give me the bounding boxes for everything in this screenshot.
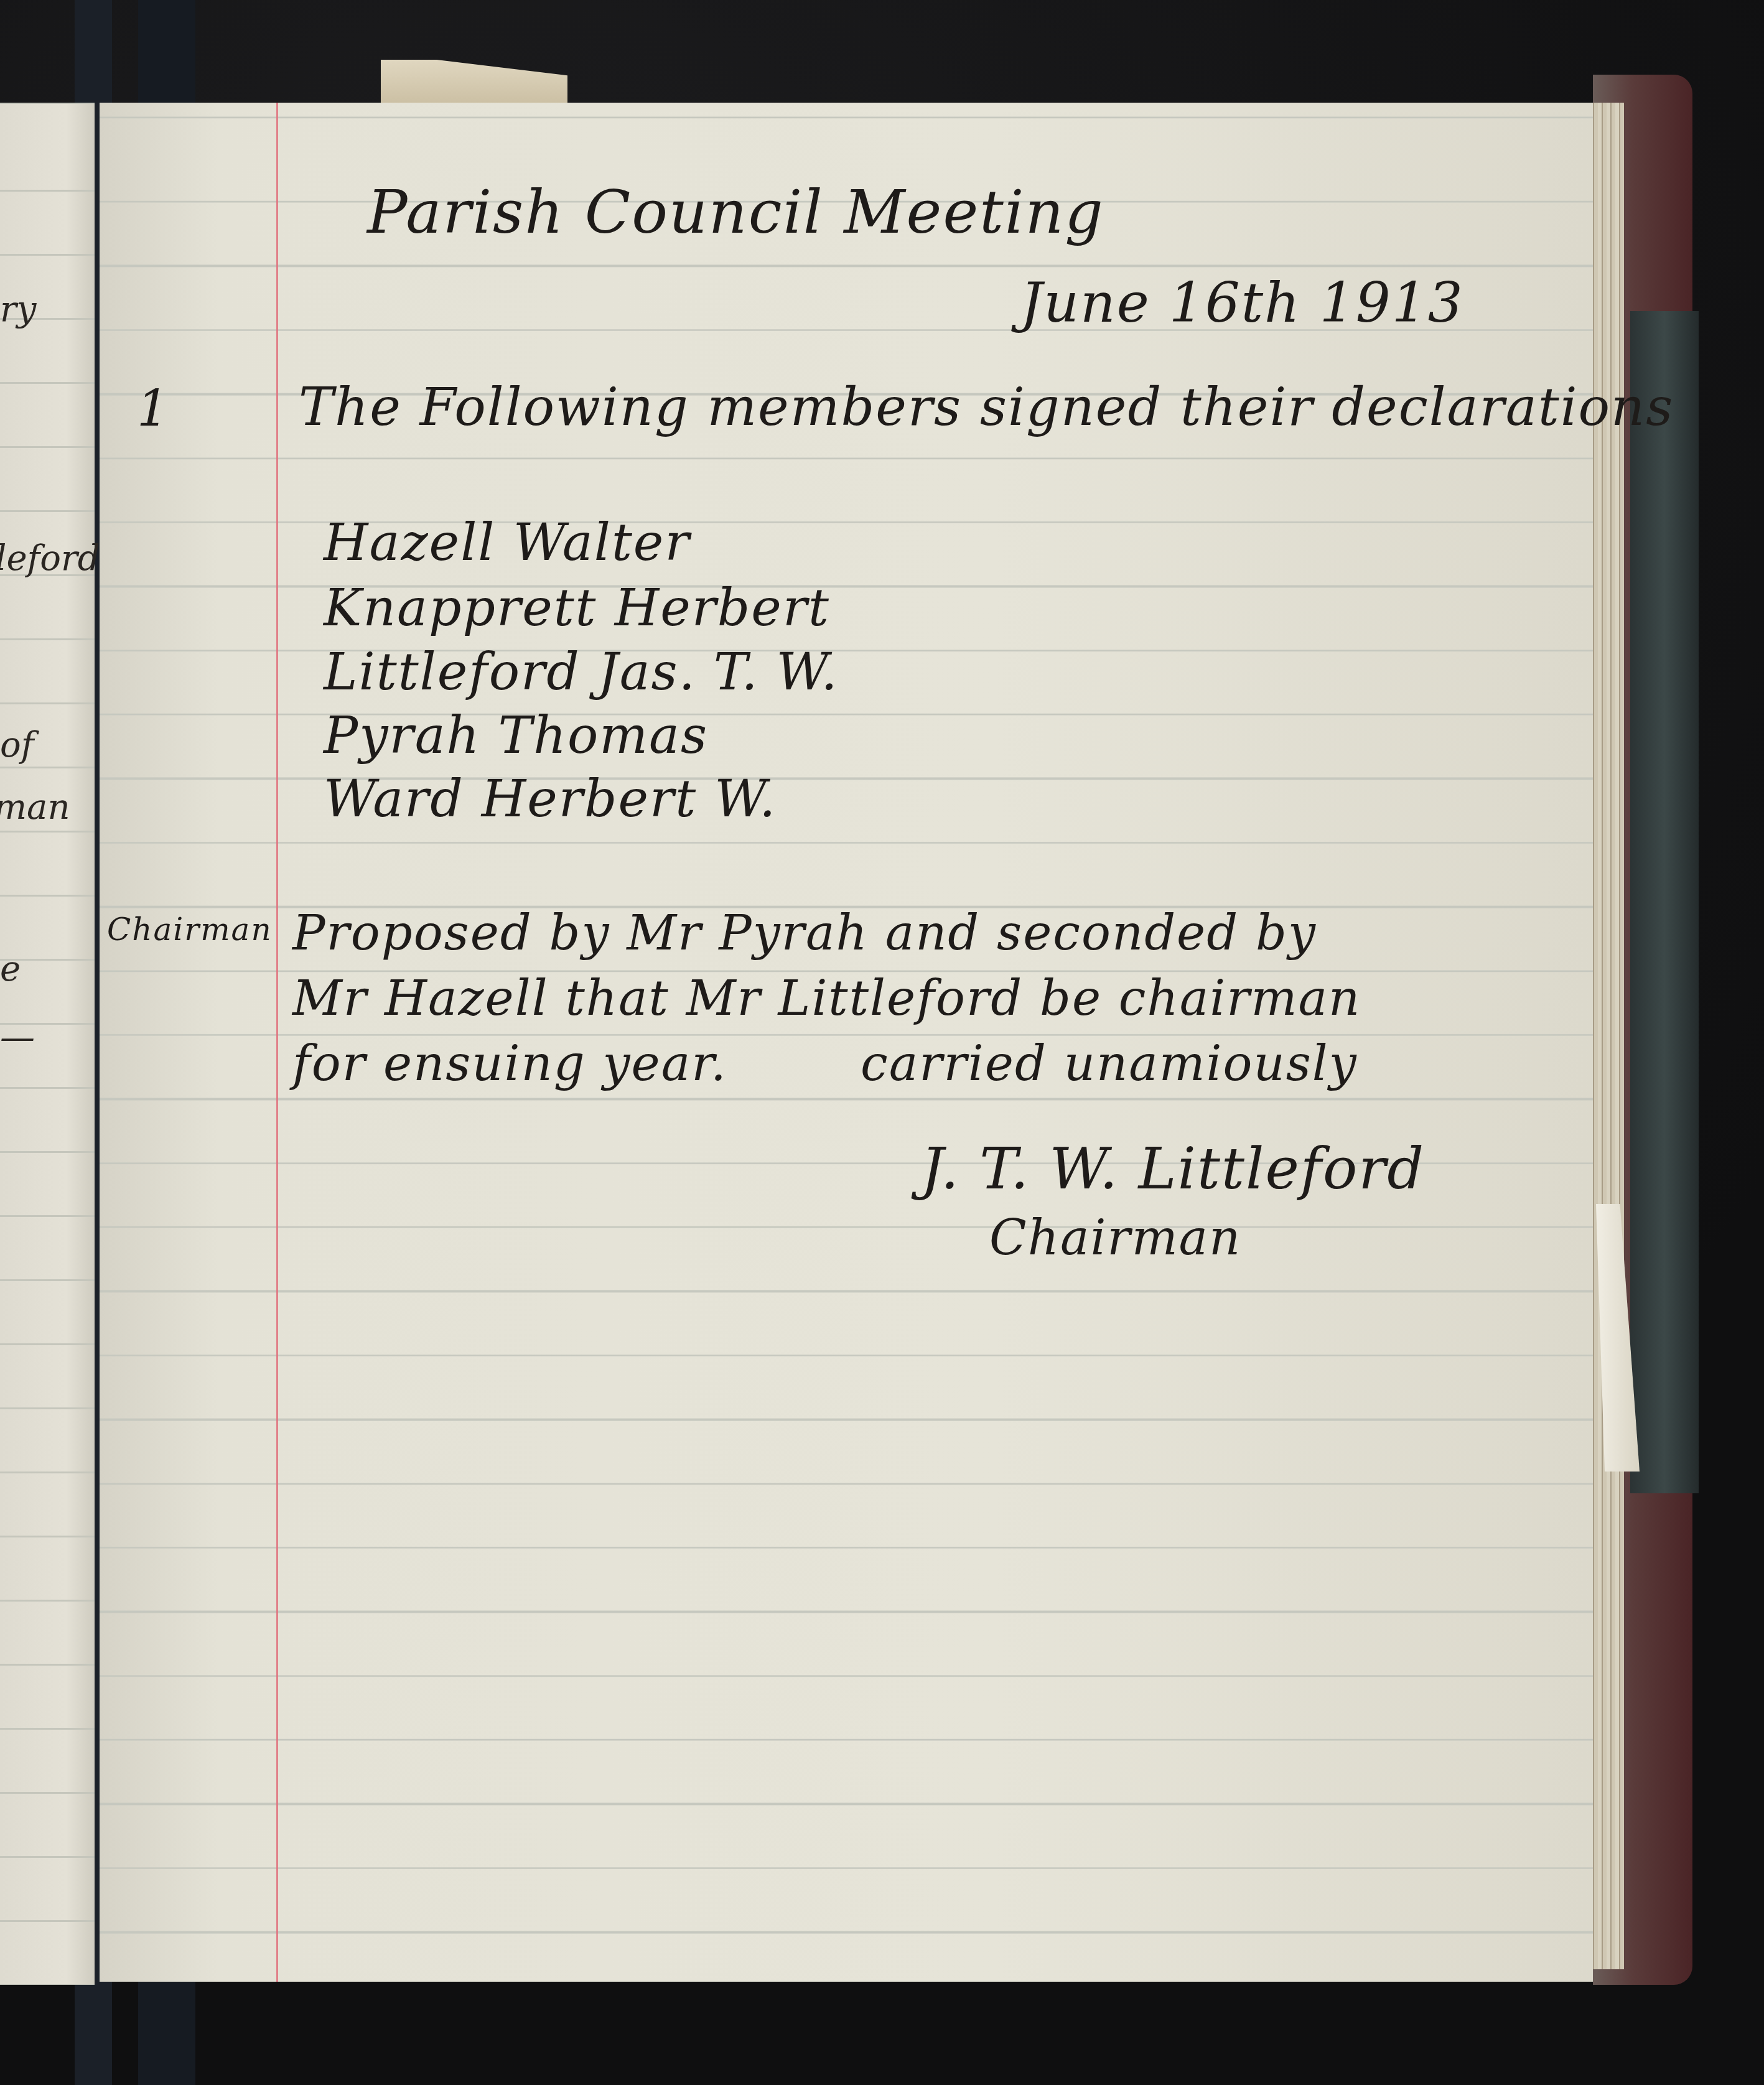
signature-role: Chairman: [989, 1210, 1241, 1266]
left-page-fragment: of: [0, 725, 34, 765]
member-name: Knapprett Herbert: [324, 579, 830, 638]
member-name: Hazell Walter: [324, 513, 691, 572]
left-page-fragment: ry: [0, 289, 36, 330]
signature: J. T. W. Littleford: [921, 1136, 1425, 1202]
left-page-fragment: —: [0, 1017, 35, 1058]
left-page-fragment: man: [0, 787, 70, 828]
left-page-fragment: e: [0, 949, 21, 989]
member-name: Pyrah Thomas: [324, 706, 708, 765]
member-name: Ward Herbert W.: [324, 770, 777, 829]
meeting-date: June 16th 1913: [1020, 271, 1464, 335]
spine-cloth: [1630, 311, 1699, 1493]
member-name: Littleford Jas. T. W.: [324, 643, 839, 702]
minute-line: Proposed by Mr Pyrah and seconded by: [292, 905, 1317, 961]
item-margin-label: 1: [137, 380, 170, 437]
minute-line: Mr Hazell that Mr Littleford be chairman: [292, 971, 1361, 1027]
minute-book-page: Parish Council Meeting June 16th 1913 1 …: [100, 103, 1593, 1982]
page-title: Parish Council Meeting: [367, 177, 1104, 247]
red-margin-line: [276, 103, 278, 1982]
minute-line: for ensuing year. carried unamiously: [292, 1036, 1358, 1092]
item-text: The Following members signed their decla…: [299, 376, 1674, 437]
left-page: ry tleford of man e —: [0, 103, 95, 1985]
left-page-fragment: tleford: [0, 538, 100, 579]
item-margin-label: Chairman: [107, 912, 273, 948]
